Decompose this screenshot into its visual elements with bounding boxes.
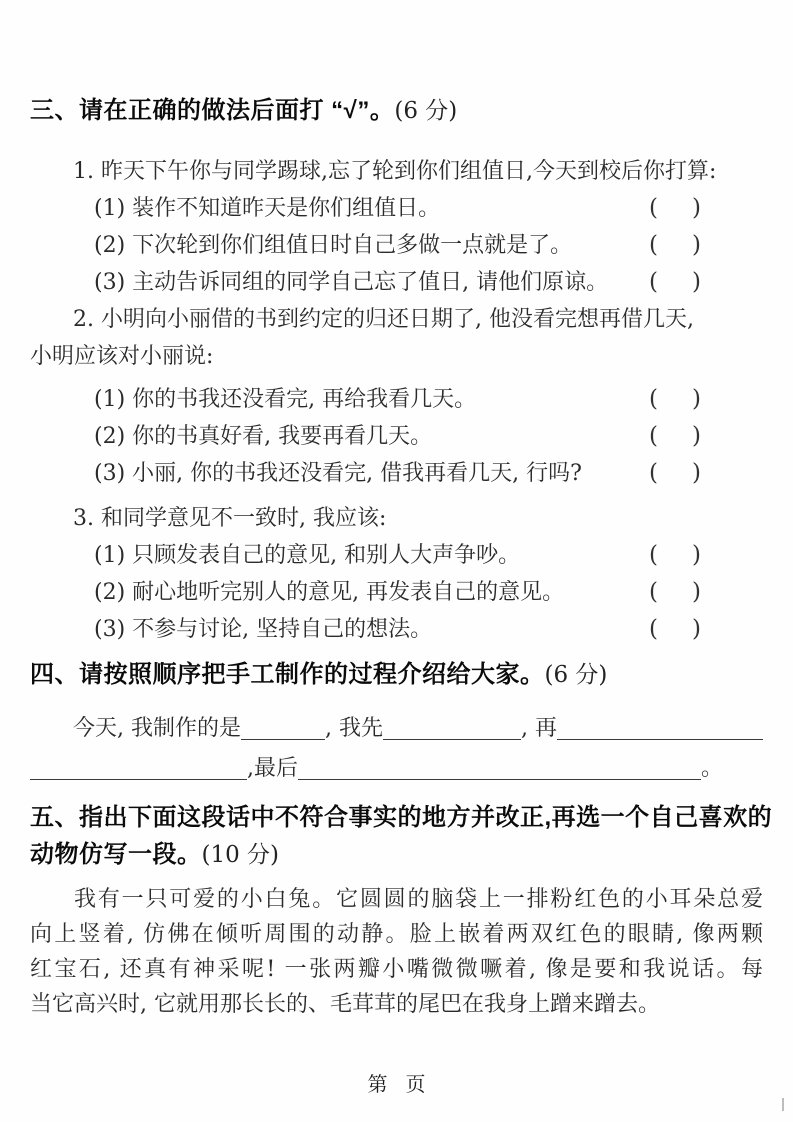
- section-four-heading: 四、请按照顺序把手工制作的过程介绍给大家。(6 分): [30, 656, 763, 694]
- section-five: 五、指出下面这段话中不符合事实的地方并改正,再选一个自己喜欢的 动物仿写一段。(…: [30, 799, 763, 1022]
- section-five-heading-line2: 动物仿写一段。(10 分): [30, 836, 763, 874]
- fill-row-1: 今天, 我制作的是 , 我先 , 再: [30, 709, 763, 749]
- option-text: (2) 下次轮到你们组值日时自己多做一点就是了。: [94, 227, 572, 264]
- question-2-stem-line2: 小明应该对小丽说:: [30, 338, 763, 375]
- bracket-close: ): [692, 195, 701, 221]
- option-text: (3) 不参与讨论, 坚持自己的想法。: [94, 611, 432, 648]
- paragraph-line: 当它高兴时, 它就用那长长的、毛茸茸的尾巴在我身上蹭来蹭去。: [30, 987, 763, 1022]
- answer-bracket: (): [649, 537, 701, 574]
- answer-bracket: (): [649, 190, 701, 227]
- answer-bracket: (): [649, 455, 701, 492]
- answer-bracket: (): [649, 227, 701, 264]
- fill-text-1: 今天, 我制作的是: [73, 709, 241, 749]
- section-three: 三、请在正确的做法后面打 “√”。(6 分) 1. 昨天下午你与同学踢球,忘了轮…: [30, 92, 763, 648]
- bracket-open: (: [649, 460, 658, 486]
- fill-row-2: ,最后 。: [30, 749, 763, 789]
- section-four: 四、请按照顺序把手工制作的过程介绍给大家。(6 分) 今天, 我制作的是 , 我…: [30, 656, 763, 789]
- bracket-close: ): [692, 542, 701, 568]
- option-row: (3) 小丽, 你的书我还没看完, 借我再看几天, 行吗? (): [30, 455, 763, 492]
- bracket-open: (: [649, 195, 658, 221]
- option-text: (3) 小丽, 你的书我还没看完, 借我再看几天, 行吗?: [94, 455, 582, 492]
- fill-text-3: , 再: [521, 709, 557, 749]
- section-three-title: 三、请在正确的做法后面打 “√”。: [30, 97, 394, 124]
- section-three-heading: 三、请在正确的做法后面打 “√”。(6 分): [30, 92, 763, 130]
- option-text: (2) 耐心地听完别人的意见, 再发表自己的意见。: [94, 574, 564, 611]
- option-text: (1) 只顾发表自己的意见, 和别人大声争吵。: [94, 537, 520, 574]
- fill-text-4: ,最后: [247, 749, 298, 789]
- section-four-score: (6 分): [545, 662, 608, 688]
- fill-text-5: 。: [701, 749, 723, 789]
- section-five-heading-line1: 五、指出下面这段话中不符合事实的地方并改正,再选一个自己喜欢的: [30, 799, 763, 836]
- bracket-close: ): [692, 423, 701, 449]
- option-text: (3) 主动告诉同组的同学自己忘了值日, 请他们原谅。: [94, 264, 608, 301]
- option-row: (2) 你的书真好看, 我要再看几天。 (): [30, 418, 763, 455]
- option-text: (1) 你的书我还没看完, 再给我看几天。: [94, 381, 476, 418]
- bracket-close: ): [692, 460, 701, 486]
- bracket-open: (: [649, 542, 658, 568]
- option-text: (2) 你的书真好看, 我要再看几天。: [94, 418, 432, 455]
- scan-artifact-mark: [782, 1098, 784, 1111]
- question-1-stem: 1. 昨天下午你与同学踢球,忘了轮到你们组值日,今天到校后你打算:: [30, 153, 763, 190]
- option-row: (2) 下次轮到你们组值日时自己多做一点就是了。 (): [30, 227, 763, 264]
- blank-line: [241, 713, 325, 740]
- option-row: (3) 不参与讨论, 坚持自己的想法。 (): [30, 611, 763, 648]
- paragraph-line: 向上竖着, 仿佛在倾听周围的动静。脸上嵌着两双红色的眼睛, 像两颗: [30, 917, 763, 952]
- paragraph-line: 我有一只可爱的小白兔。它圆圆的脑袋上一排粉红色的小耳朵总爱: [30, 882, 763, 917]
- page-footer: 第页: [0, 1068, 793, 1097]
- blank-line: [557, 713, 763, 740]
- answer-bracket: (): [649, 381, 701, 418]
- section-four-title: 四、请按照顺序把手工制作的过程介绍给大家。: [30, 661, 545, 688]
- option-row: (1) 只顾发表自己的意见, 和别人大声争吵。 (): [30, 537, 763, 574]
- blank-line: [298, 753, 701, 780]
- bracket-close: ): [692, 232, 701, 258]
- answer-bracket: (): [649, 418, 701, 455]
- section-five-score: (10 分): [202, 842, 280, 868]
- footer-page-prefix: 第: [368, 1074, 388, 1096]
- option-row: (1) 装作不知道昨天是你们组值日。 (): [30, 190, 763, 227]
- section-five-title-line2: 动物仿写一段。: [30, 841, 202, 868]
- paragraph-line: 红宝石, 还真有神采呢! 一张两瓣小嘴微微噘着, 像是要和我说话。每: [30, 952, 763, 987]
- bracket-close: ): [692, 269, 701, 295]
- fill-text-2: , 我先: [325, 709, 383, 749]
- bracket-open: (: [649, 386, 658, 412]
- bracket-open: (: [649, 423, 658, 449]
- bracket-open: (: [649, 232, 658, 258]
- blank-line: [383, 713, 521, 740]
- question-3-stem: 3. 和同学意见不一致时, 我应该:: [30, 500, 763, 537]
- bracket-close: ): [692, 579, 701, 605]
- answer-bracket: (): [649, 574, 701, 611]
- answer-bracket: (): [649, 611, 701, 648]
- bracket-close: ): [692, 616, 701, 642]
- bracket-open: (: [649, 269, 658, 295]
- blank-line: [30, 753, 247, 780]
- answer-bracket: (): [649, 264, 701, 301]
- bracket-open: (: [649, 579, 658, 605]
- question-2-stem-line1: 2. 小明向小丽借的书到约定的归还日期了, 他没看完想再借几天,: [30, 301, 763, 338]
- exam-page: 三、请在正确的做法后面打 “√”。(6 分) 1. 昨天下午你与同学踢球,忘了轮…: [0, 0, 793, 1122]
- section-three-score: (6 分): [394, 98, 457, 124]
- option-row: (1) 你的书我还没看完, 再给我看几天。 (): [30, 381, 763, 418]
- bracket-close: ): [692, 386, 701, 412]
- footer-page-suffix: 页: [406, 1074, 426, 1096]
- bracket-open: (: [649, 616, 658, 642]
- option-row: (3) 主动告诉同组的同学自己忘了值日, 请他们原谅。 (): [30, 264, 763, 301]
- option-row: (2) 耐心地听完别人的意见, 再发表自己的意见。 (): [30, 574, 763, 611]
- option-text: (1) 装作不知道昨天是你们组值日。: [94, 190, 440, 227]
